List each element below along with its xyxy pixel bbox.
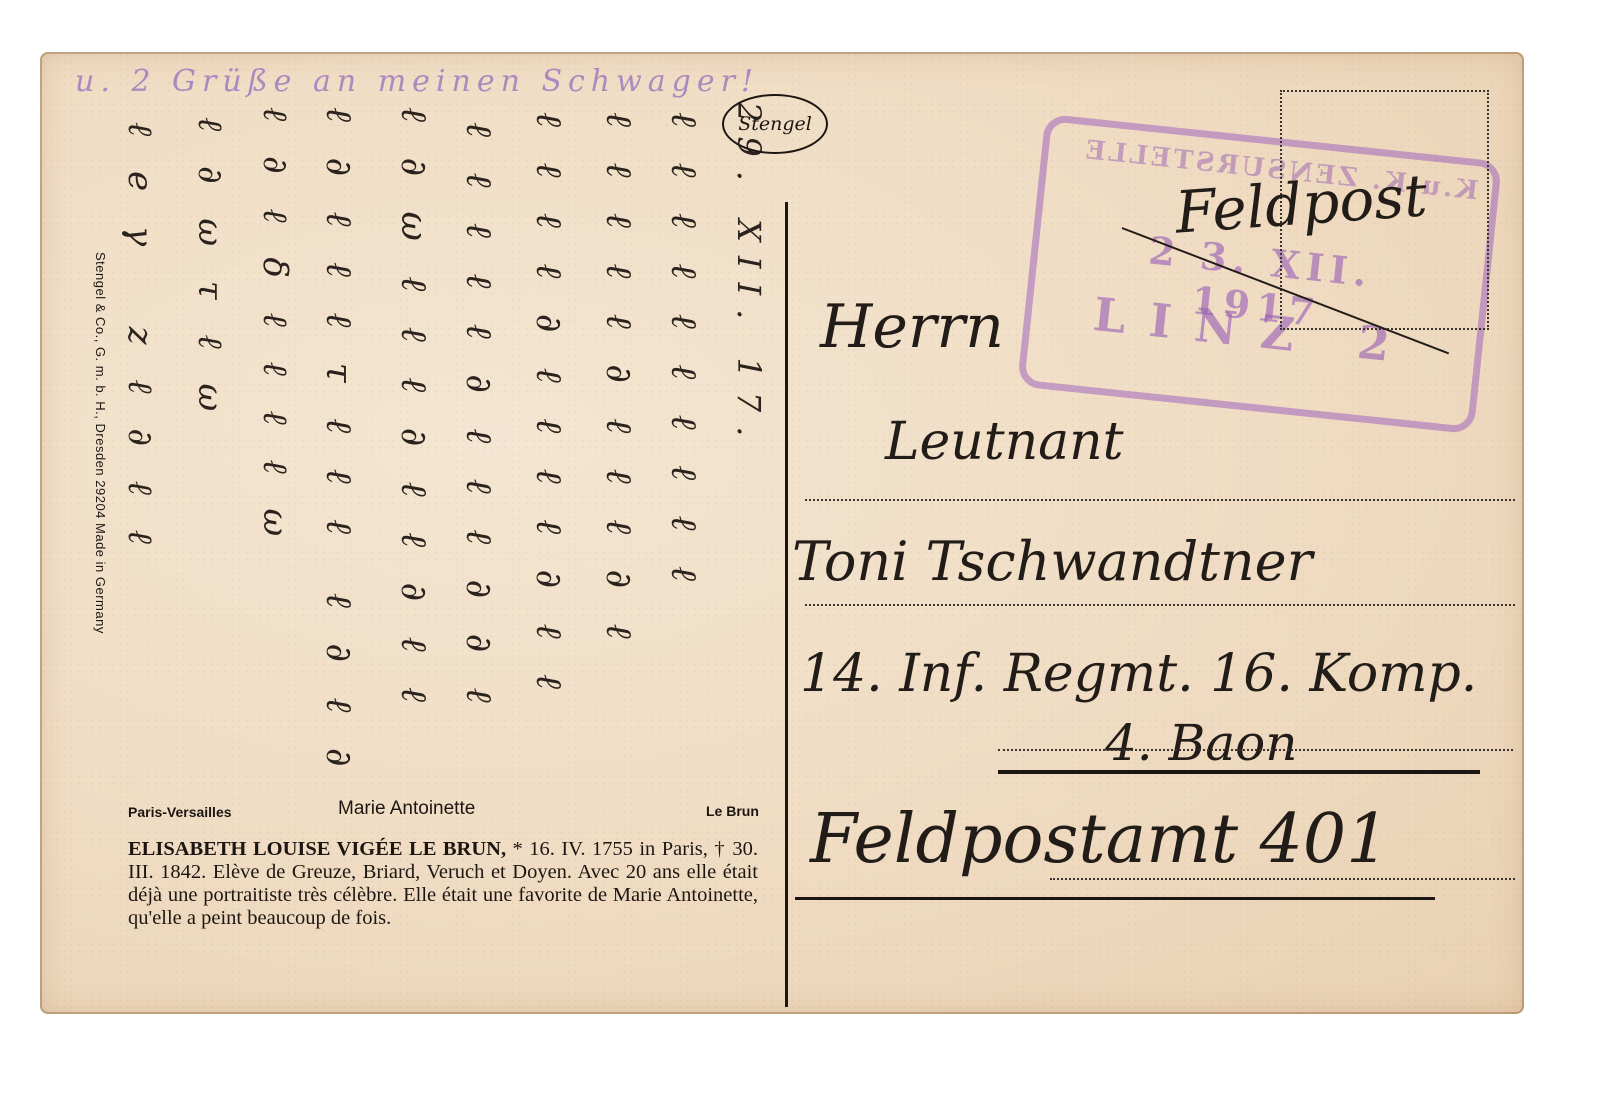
postcard: u. 2 Grüße an meinen Schwager! ℓ e γ z ℓ… — [40, 52, 1524, 1014]
artist-biography: ELISABETH LOUISE VIGÉE LE BRUN, * 16. IV… — [128, 838, 758, 930]
artist-name: ELISABETH LOUISE VIGÉE LE BRUN, — [128, 838, 506, 860]
caption-location: Paris-Versailles — [128, 804, 232, 820]
address-unit-line-1: 14. Inf. Regmt. 16. Komp. — [800, 644, 1477, 704]
caption-title: Marie Antoinette — [338, 798, 475, 820]
address-rank: Leutnant — [885, 412, 1124, 472]
publisher-imprint: Stengel & Co., G. m. b. H., Dresden 2920… — [86, 252, 108, 872]
handwritten-message-col-3: ℓ ∂ ℓ δ ℓ ℓ ℓ ℓ ω — [255, 107, 295, 548]
handwritten-message-col-4: ℓ ∂ ℓ ℓ ℓ τ ℓ ℓ ℓ ℓ ∂ ℓ ∂ — [318, 107, 360, 778]
handwritten-message-col-8: ℓ ℓ ℓ ℓ ℓ ∂ ℓ ℓ ℓ ∂ ℓ — [598, 112, 640, 651]
address-line-2 — [805, 604, 1515, 606]
handwritten-message-col-1: ℓ e γ z ℓ ∂ ℓ ℓ — [120, 122, 160, 556]
address-line-3 — [998, 749, 1513, 751]
address-unit-line-2: 4. Baon — [1105, 714, 1297, 772]
address-salutation: Herrn — [820, 292, 1004, 362]
caption-artist: Le Brun — [706, 803, 759, 819]
post-office-underline — [795, 897, 1435, 900]
center-divider — [785, 202, 788, 1007]
handwritten-message-col-7: ℓ ℓ ℓ ℓ ∂ ℓ ℓ ℓ ℓ ∂ ℓ ℓ — [528, 112, 570, 701]
handwritten-date: 29. XII. 17. — [730, 102, 768, 450]
handwritten-message-col-9: ℓ ℓ ℓ ℓ ℓ ℓ ℓ ℓ ℓ ℓ — [663, 112, 705, 593]
address-solid-rule — [998, 770, 1480, 774]
address-line-4 — [1050, 878, 1515, 880]
address-line-1 — [805, 499, 1515, 501]
handwritten-message-col-6: ℓ ℓ ℓ ℓ ℓ ∂ ℓ ℓ ℓ ∂ ∂ ℓ — [458, 122, 500, 715]
handwritten-message-col-5: ℓ ∂ ω ℓ ℓ ℓ ∂ ℓ ℓ ∂ ℓ ℓ — [393, 107, 435, 714]
address-post-office: Feldpostamt 401 — [810, 800, 1389, 879]
stengel-logo: Stengel — [722, 94, 828, 154]
handwritten-message-col-2: ℓ ∂ ω τ ℓ ω — [190, 117, 230, 423]
address-name: Toni Tschwandtner — [792, 530, 1312, 593]
handwritten-purple-line: u. 2 Grüße an meinen Schwager! — [75, 64, 759, 99]
